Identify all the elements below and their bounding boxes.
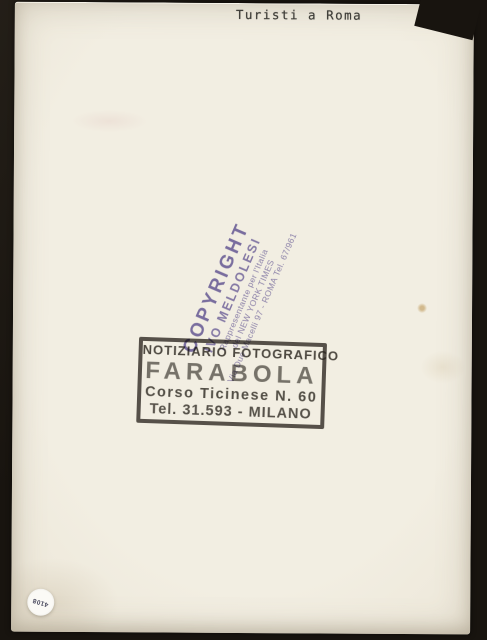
- photo-back-scan: Turisti a Roma 2424 NOTIZIARIO FOTOGRAFI…: [0, 0, 487, 640]
- archive-sticker: 4108: [27, 589, 54, 616]
- archive-sticker-number: 4108: [32, 596, 50, 608]
- photo-paper: Turisti a Roma 2424 NOTIZIARIO FOTOGRAFI…: [11, 2, 474, 635]
- typed-caption: Turisti a Roma: [236, 7, 362, 23]
